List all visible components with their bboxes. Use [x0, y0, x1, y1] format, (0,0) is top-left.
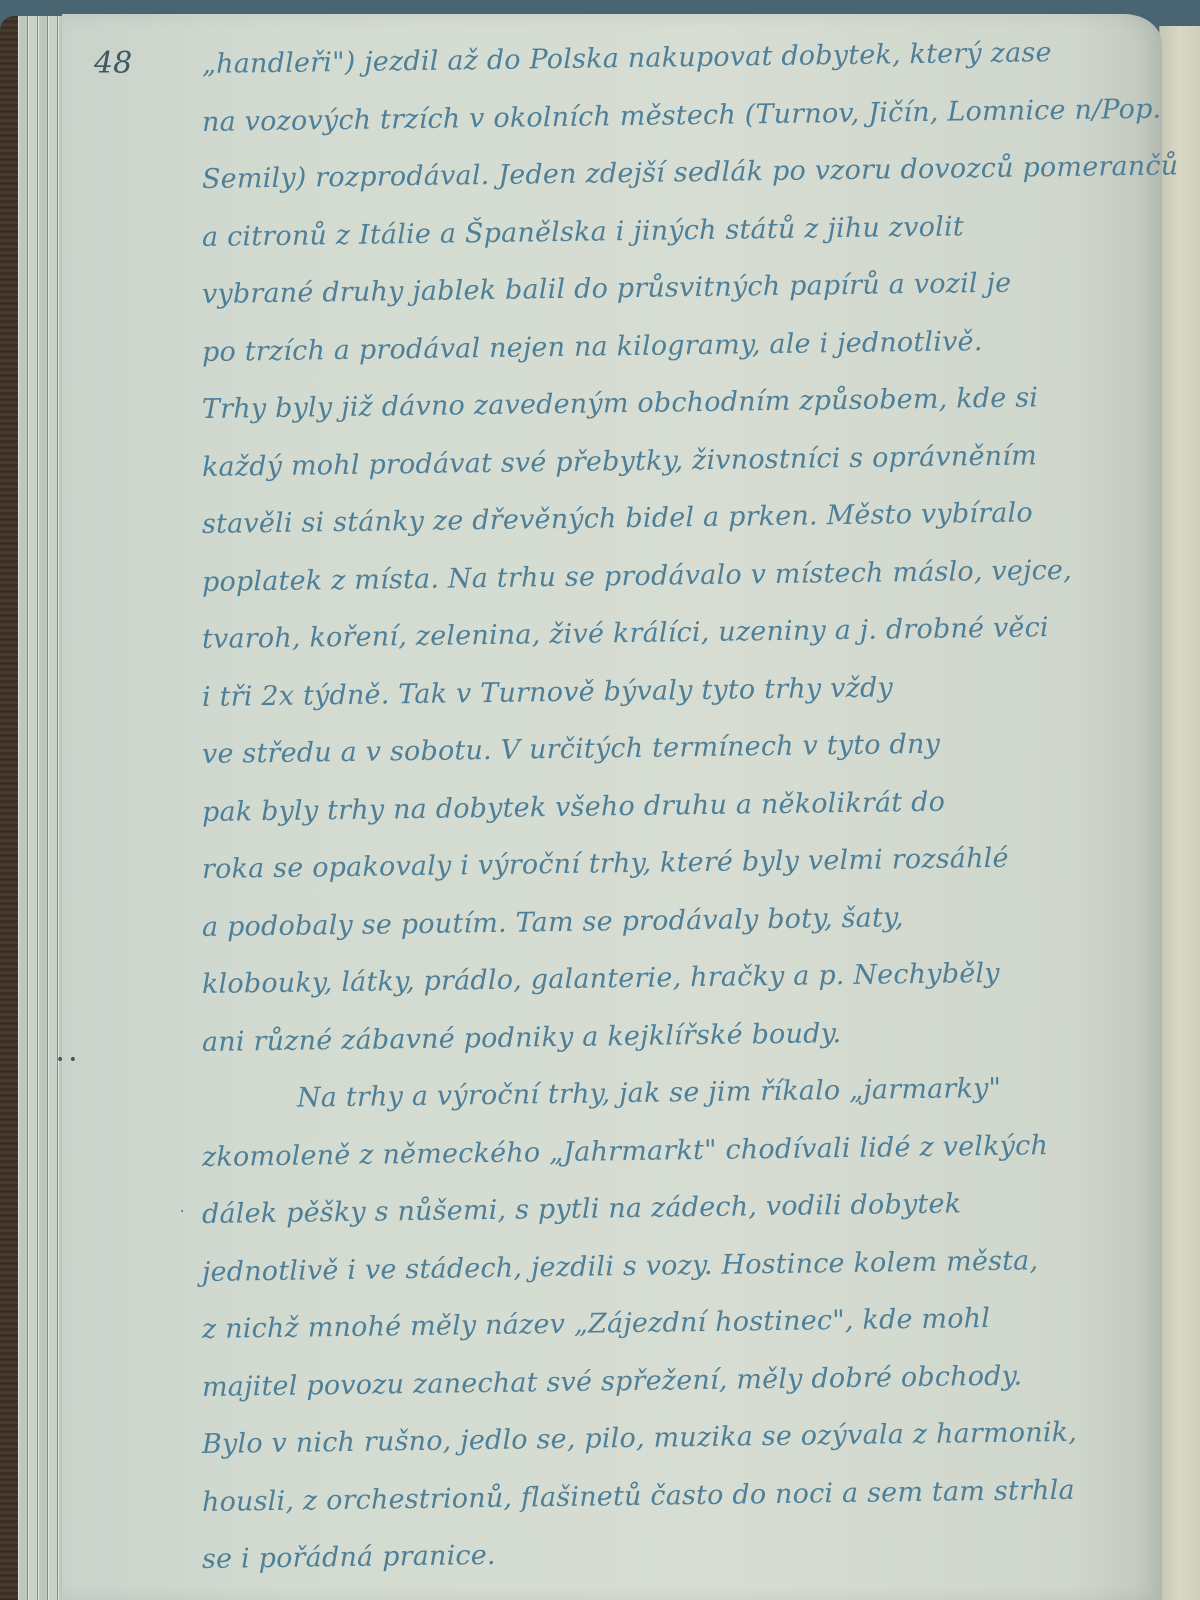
page-edge [38, 16, 48, 1600]
handwritten-text: „handleři") jezdil až do Polska nakupova… [202, 36, 1152, 1589]
page-number: 48 [94, 46, 132, 81]
facing-page-edge [1159, 26, 1200, 1600]
handwritten-page: 48 • • · „handleři") jezdil až do Polska… [62, 14, 1162, 1600]
margin-mark: • • [56, 1052, 77, 1068]
page-edge [18, 16, 28, 1600]
page-edge [48, 16, 58, 1600]
page-edges [18, 16, 68, 1600]
book-photo: 48 • • · „handleři") jezdil až do Polska… [0, 0, 1200, 1600]
margin-mark: · [180, 1204, 184, 1220]
text-line: se i pořádná pranice. [202, 1518, 1153, 1589]
page-edge [28, 16, 38, 1600]
